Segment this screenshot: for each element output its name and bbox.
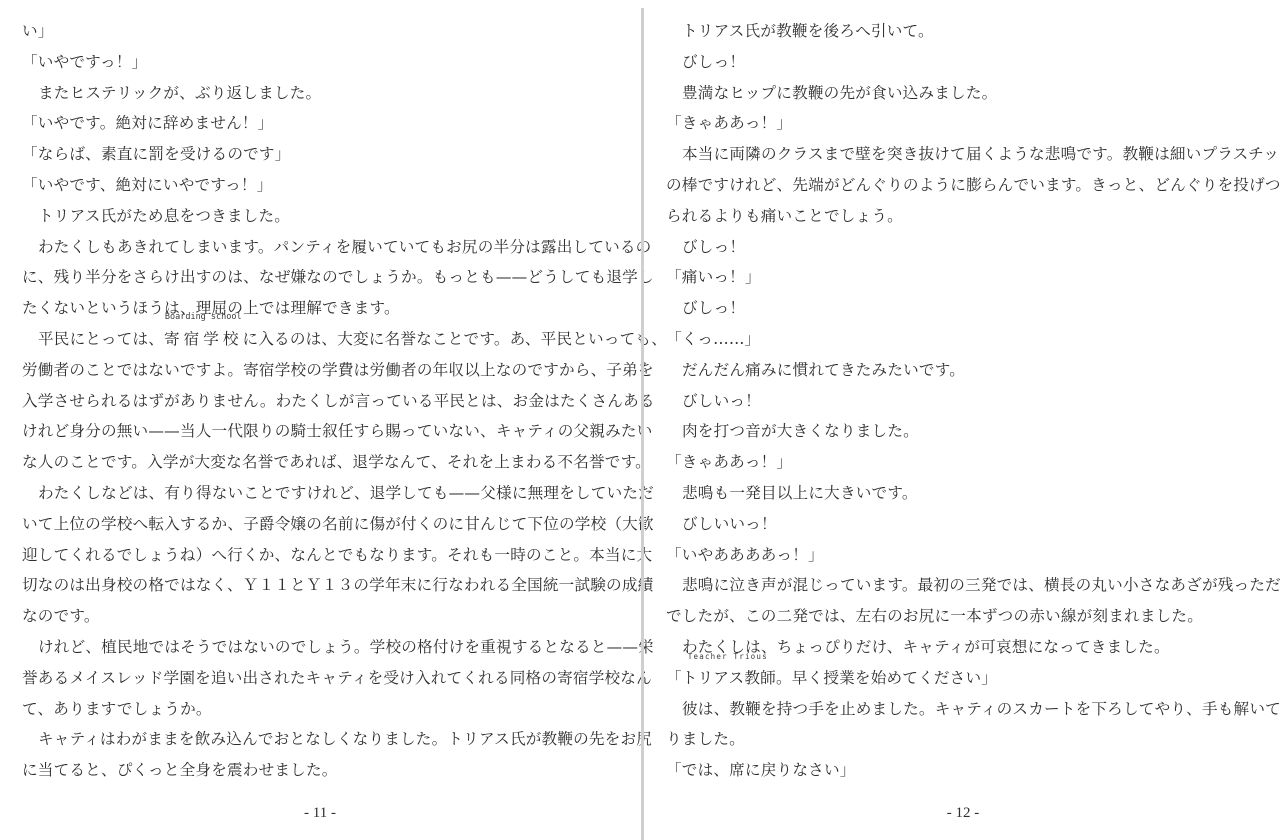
right-page-text: トリアス氏が教鞭を後ろへ引いて。 びしっ！ 豊満なヒップに教鞭の先が食い込みまし… xyxy=(666,16,1266,786)
ruby-base: トリアス教師 xyxy=(682,669,776,687)
text-line: 「いやです。絶対に辞めません！」 xyxy=(22,108,624,139)
ruby-annotation: Boarding school xyxy=(164,312,242,322)
text-line: りました。 xyxy=(666,724,1266,755)
text-line: なのです。 xyxy=(22,601,624,632)
text-line: 「痛いっ！」 xyxy=(666,262,1266,293)
text-line: 「きゃああっ！」 xyxy=(666,108,1266,139)
text-line: 「くっ……」 xyxy=(666,324,1266,355)
text-line: 悲鳴も一発目以上に大きいです。 xyxy=(666,478,1266,509)
text-line: 「ならば、素直に罰を受けるのです」 xyxy=(22,139,624,170)
text-line: だんだん痛みに慣れてきたみたいです。 xyxy=(666,355,1266,386)
text-segment: に入るのは、大変に名誉なことです。あ、平民といっても、 xyxy=(242,330,667,348)
text-line: でしたが、この二発では、左右のお尻に一本ずつの赤い線が刻まれました。 xyxy=(666,601,1266,632)
text-line-with-ruby: 平民にとっては、Boarding school寄宿学校に入るのは、大変に名誉なこ… xyxy=(22,324,624,355)
text-line: 「いやです、絶対にいやですっ！」 xyxy=(22,170,624,201)
left-page: い」 「いやですっ！」 またヒステリックが、ぶり返しました。 「いやです。絶対に… xyxy=(0,0,641,840)
text-line: びしいっ！ xyxy=(666,386,1266,417)
text-line: に当てると、ぴくっと全身を震わせました。 xyxy=(22,755,624,786)
ruby-base: 寄宿学校 xyxy=(164,330,242,348)
text-line: 誉あるメイスレッド学園を追い出されたキャティを受け入れてくれる同格の寄宿学校なん xyxy=(22,663,624,694)
text-line: に、残り半分をさらけ出すのは、なぜ嫌なのでしょうか。もっとも——どうしても退学し xyxy=(22,262,624,293)
text-line: 「いやああああっ！」 xyxy=(666,540,1266,571)
text-line: たくないというほうは、理屈の上では理解できます。 xyxy=(22,293,624,324)
text-line: られるよりも痛いことでしょう。 xyxy=(666,201,1266,232)
text-segment: 「 xyxy=(666,669,682,687)
text-line: 入学させられるはずがありません。わたくしが言っている平民とは、お金はたくさんある xyxy=(22,386,624,417)
page-number: - 11 - xyxy=(270,801,370,825)
text-line: わたくしなどは、有り得ないことですけれど、退学しても——父様に無理をしていただ xyxy=(22,478,624,509)
text-line: い」 xyxy=(22,16,624,47)
text-line: な人のことです。入学が大変な名誉であれば、退学なんて、それを上まわる不名誉です。 xyxy=(22,447,624,478)
page-number: - 12 - xyxy=(913,801,1013,825)
text-line: いて上位の学校へ転入するか、子爵令嬢の名前に傷が付くのに甘んじて下位の学校（大歓 xyxy=(22,509,624,540)
page-divider xyxy=(641,8,644,840)
text-line: 迎してくれるでしょうね）へ行くか、なんとでもなります。それも一時のこと。本当に大 xyxy=(22,540,624,571)
text-line: けれど身分の無い——当人一代限りの騎士叙任すら賜っていない、キャティの父親みたい xyxy=(22,416,624,447)
text-line: びしっ！ xyxy=(666,293,1266,324)
text-line: トリアス氏が教鞭を後ろへ引いて。 xyxy=(666,16,1266,47)
text-line: の棒ですけれど、先端がどんぐりのように膨らんでいます。きっと、どんぐりを投げつけ xyxy=(666,170,1266,201)
text-line: 「では、席に戻りなさい」 xyxy=(666,755,1266,786)
text-line: 彼は、教鞭を持つ手を止めました。キャティのスカートを下ろしてやり、手も解いてや xyxy=(666,694,1266,725)
ruby-annotated-term: Teacher Triousトリアス教師 xyxy=(682,663,776,694)
text-line: またヒステリックが、ぶり返しました。 xyxy=(22,78,624,109)
text-line: 豊満なヒップに教鞭の先が食い込みました。 xyxy=(666,78,1266,109)
text-line: 労働者のことではないですよ。寄宿学校の学費は労働者の年収以上なのですから、子弟を xyxy=(22,355,624,386)
text-line: トリアス氏がため息をつきました。 xyxy=(22,201,624,232)
text-line: けれど、植民地ではそうではないのでしょう。学校の格付けを重視するとなると——栄 xyxy=(22,632,624,663)
text-line-with-ruby: 「Teacher Triousトリアス教師。早く授業を始めてください」 xyxy=(666,663,1266,694)
ruby-annotated-term: Boarding school寄宿学校 xyxy=(164,324,242,355)
left-page-text: い」 「いやですっ！」 またヒステリックが、ぶり返しました。 「いやです。絶対に… xyxy=(22,16,624,786)
text-line: 「いやですっ！」 xyxy=(22,47,624,78)
text-line: 悲鳴に泣き声が混じっています。最初の三発では、横長の丸い小さなあざが残っただけ xyxy=(666,570,1266,601)
text-segment: 平民にとっては、 xyxy=(38,330,164,348)
text-line: 「きゃああっ！」 xyxy=(666,447,1266,478)
text-line: びしいいっ！ xyxy=(666,509,1266,540)
text-line: 本当に両隣のクラスまで壁を突き抜けて届くような悲鳴です。教鞭は細いプラスチック xyxy=(666,139,1266,170)
text-line: びしっ！ xyxy=(666,232,1266,263)
text-line: て、ありますでしょうか。 xyxy=(22,694,624,725)
ruby-annotation: Teacher Trious xyxy=(688,652,776,662)
right-page: トリアス氏が教鞭を後ろへ引いて。 びしっ！ 豊満なヒップに教鞭の先が食い込みまし… xyxy=(645,0,1280,840)
text-segment: 。早く授業を始めてください」 xyxy=(776,669,997,687)
text-line: キャティはわがままを飲み込んでおとなしくなりました。トリアス氏が教鞭の先をお尻 xyxy=(22,724,624,755)
text-line: 肉を打つ音が大きくなりました。 xyxy=(666,416,1266,447)
text-line: びしっ！ xyxy=(666,47,1266,78)
text-line: 切なのは出身校の格ではなく、Ｙ１１とＹ１３の学年末に行なわれる全国統一試験の成績 xyxy=(22,570,624,601)
text-line: わたくしもあきれてしまいます。パンティを履いていてもお尻の半分は露出しているの xyxy=(22,232,624,263)
